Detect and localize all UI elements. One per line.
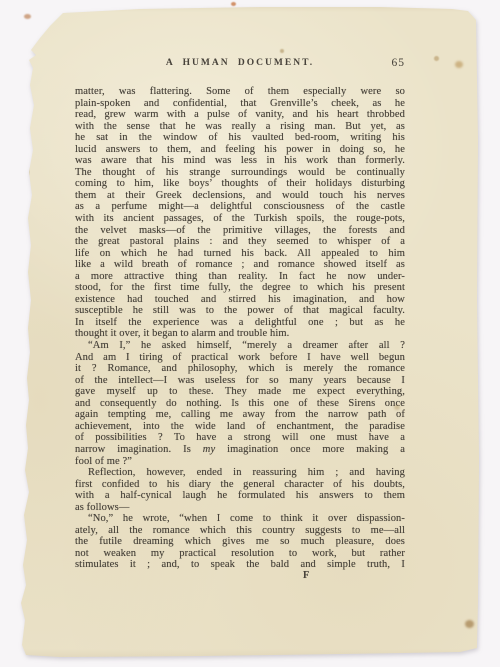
paper-edge-mark <box>26 166 29 176</box>
text-line: first confided to his diary the general … <box>75 479 405 491</box>
page-header: A HUMAN DOCUMENT. 65 <box>75 58 405 72</box>
text-line: as a perfume might—a delightful consciou… <box>75 201 405 213</box>
paragraph: Reflection, however, ended in reassuring… <box>75 467 405 513</box>
scan-background: A HUMAN DOCUMENT. 65 matter, was flatter… <box>0 0 500 667</box>
text-line: of possibilities ? To have a strong will… <box>75 432 405 444</box>
text-line: In itself the experience was a delightfu… <box>75 317 405 329</box>
paper-stain <box>280 49 284 53</box>
signature-mark: F <box>303 570 309 581</box>
text-line: And am I tiring of practical work before… <box>75 352 405 364</box>
text-line: with the sense that he was really a risi… <box>75 121 405 133</box>
paper-stain <box>465 620 474 628</box>
text-line: and consequently do nothing. Is this one… <box>75 398 405 410</box>
text-line: again tempting me, calling me away from … <box>75 409 405 421</box>
text-line: them at their Greek declensions, and wou… <box>75 190 405 202</box>
paper-stain <box>434 56 439 61</box>
text-line: a more attractive thing than reality. In… <box>75 271 405 283</box>
text-line: narrow imagination. Is my imagination on… <box>75 444 405 456</box>
text-line: gave myself up to these. They made me ex… <box>75 386 405 398</box>
text-line: it ? Romance, and philosophy, which is m… <box>75 363 405 375</box>
text-line: the great pastoral plains : and they see… <box>75 236 405 248</box>
running-title: A HUMAN DOCUMENT. <box>75 58 405 68</box>
book-page-shadow: A HUMAN DOCUMENT. 65 matter, was flatter… <box>0 0 500 667</box>
page-body: matter, was flattering. Some of them esp… <box>75 86 405 571</box>
text-line: with a half-cynical laugh he formulated … <box>75 490 405 502</box>
text-line: fool of me ?” <box>75 456 405 468</box>
text-line: the velvet masks—of the primitive villag… <box>75 225 405 237</box>
text-line: thought it over, it began to alarm and t… <box>75 328 405 340</box>
text-line: as follows— <box>75 502 405 514</box>
text-line: achievement, into the wide land of encha… <box>75 421 405 433</box>
page-number: 65 <box>392 57 406 69</box>
text-line: “No,” he wrote, “when I come to think it… <box>75 513 405 525</box>
text-line: read, grew warm with a pulse of vanity, … <box>75 109 405 121</box>
text-line: he sat in the window of his vaulted bed-… <box>75 132 405 144</box>
text-line: existence had touched and stirred his im… <box>75 294 405 306</box>
paper-stain <box>455 61 463 68</box>
text-line: was aware that his mind was less in his … <box>75 155 405 167</box>
paragraph: “No,” he wrote, “when I come to think it… <box>75 513 405 571</box>
text-line: Reflection, however, ended in reassuring… <box>75 467 405 479</box>
text-line: the futile dreaming which gives me so mu… <box>75 536 405 548</box>
paragraph: “Am I,” he asked himself, “merely a drea… <box>75 340 405 467</box>
text-line: like a wild breath of romance ; and roma… <box>75 259 405 271</box>
text-line: lucid answers to them, and feeling his p… <box>75 144 405 156</box>
text-line: with its ancient passages, of the Turkis… <box>75 213 405 225</box>
text-line: The thought of his strange surroundings … <box>75 167 405 179</box>
text-line: susceptible he still was to the power of… <box>75 305 405 317</box>
text-line: stimulates it ; and, to speak the bald a… <box>75 559 405 571</box>
text-line: of the intellect—I was useless for so ma… <box>75 375 405 387</box>
text-line: matter, was flattering. Some of them esp… <box>75 86 405 98</box>
text-line: not weaken my practical resolution to wo… <box>75 548 405 560</box>
text-line: coming to him, like boys’ thoughts of th… <box>75 178 405 190</box>
text-line: life on which he had turned his back. Al… <box>75 248 405 260</box>
text-line: “Am I,” he asked himself, “merely a drea… <box>75 340 405 352</box>
text-line: stood, for the first time fully, the deg… <box>75 282 405 294</box>
book-page: A HUMAN DOCUMENT. 65 matter, was flatter… <box>0 0 500 667</box>
text-line: ately, all the romance which this countr… <box>75 525 405 537</box>
paragraph: matter, was flattering. Some of them esp… <box>75 86 405 340</box>
text-line: plain-spoken and confidential, that Gren… <box>75 98 405 110</box>
